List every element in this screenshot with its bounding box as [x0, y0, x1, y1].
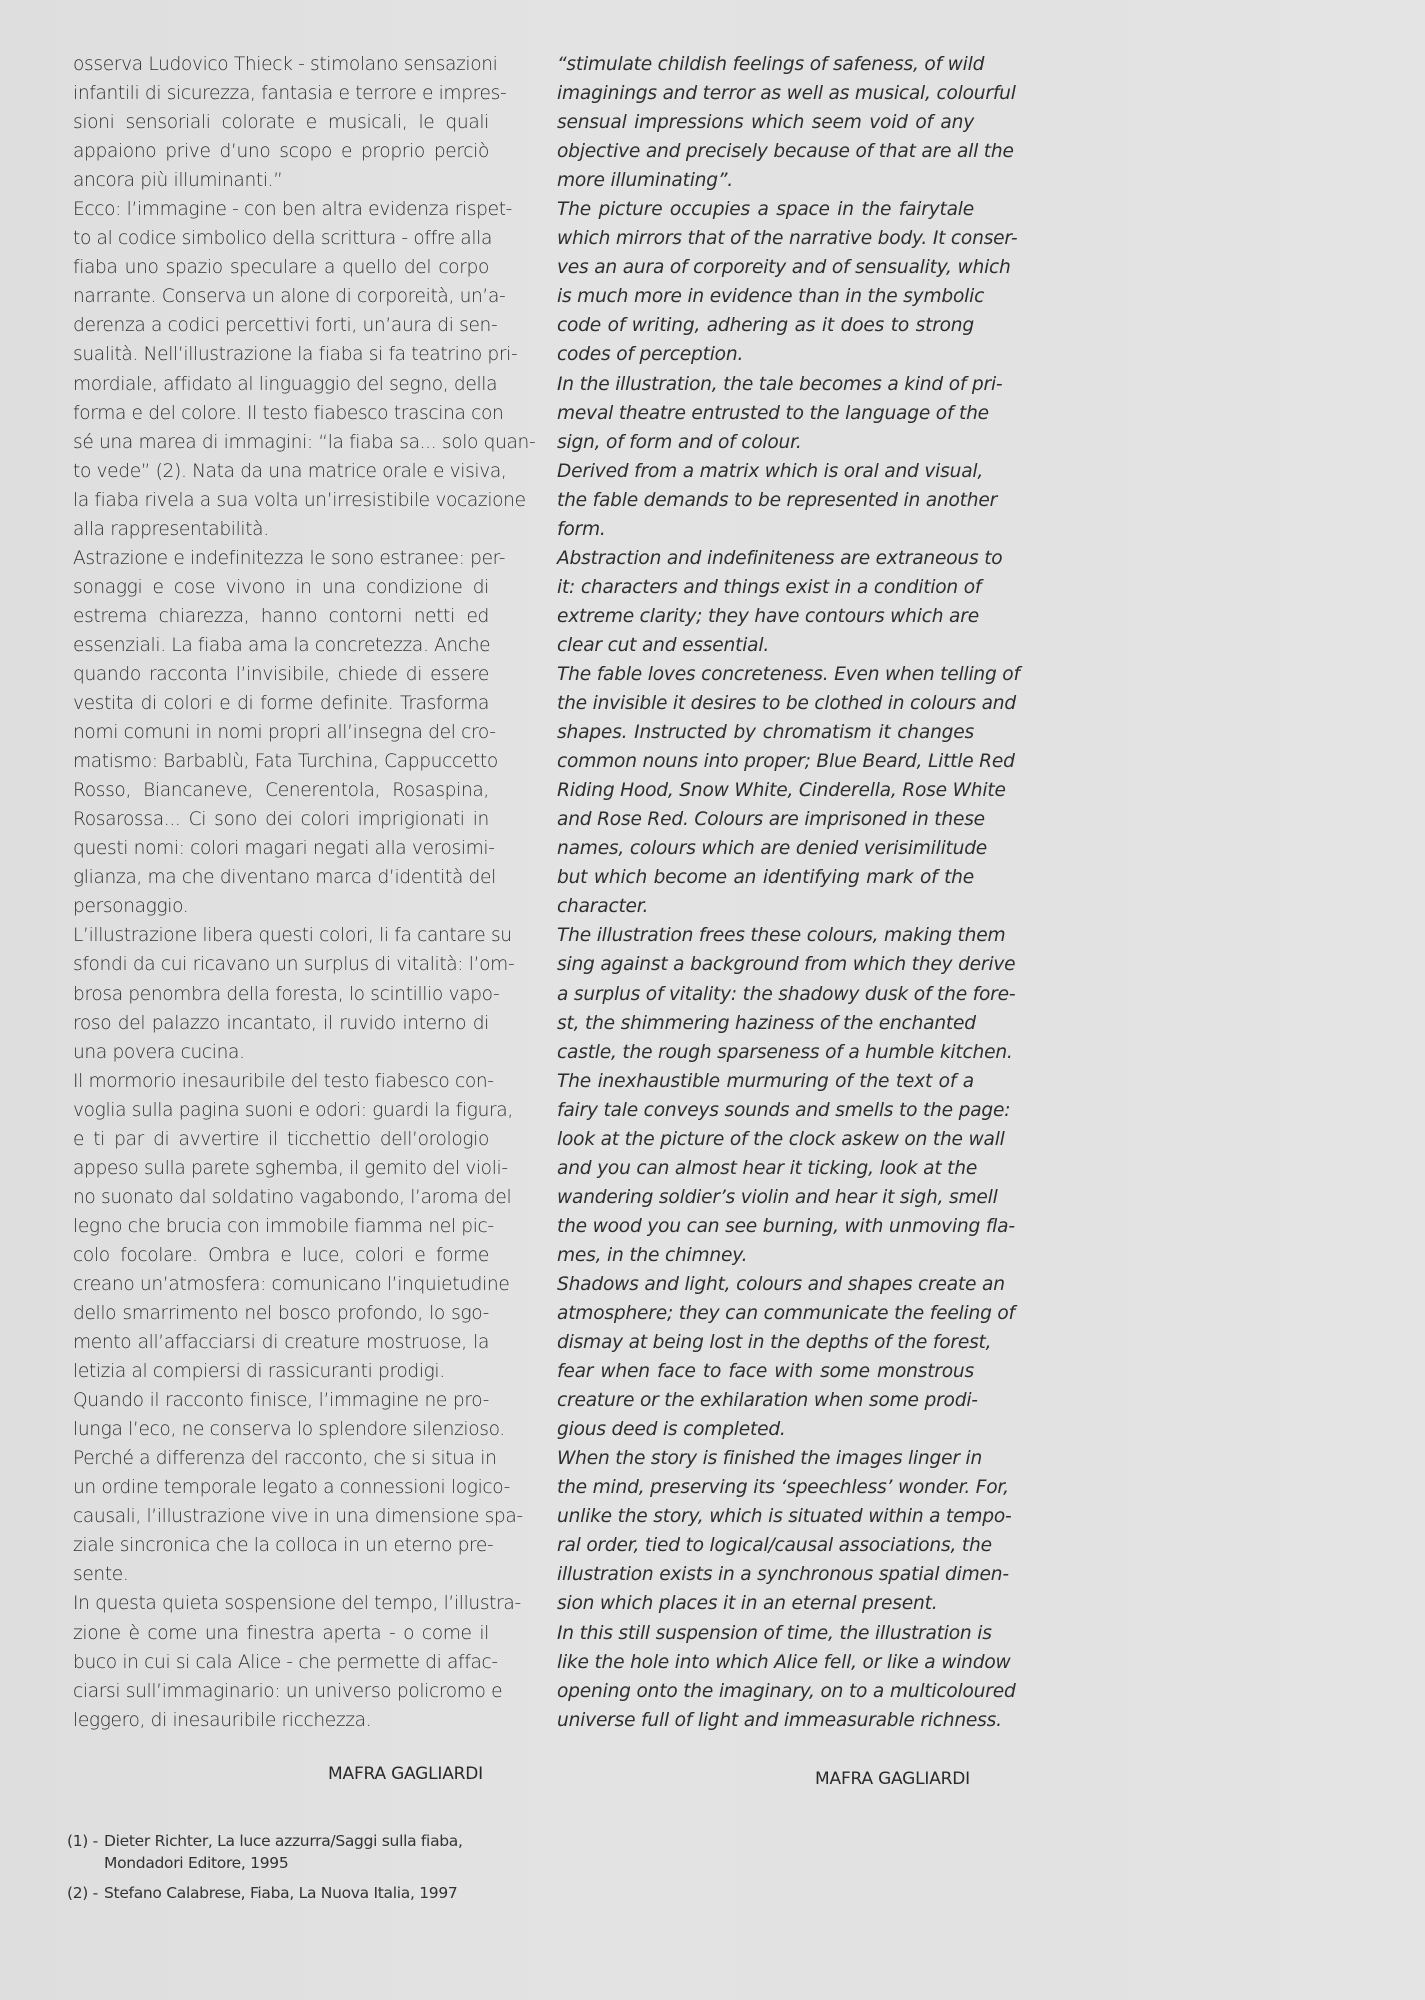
text-line: Quando il racconto finisce, l’immagine n… — [73, 1386, 489, 1415]
text-line: “stimulate childish feelings of safeness… — [557, 50, 974, 79]
text-line: the invisible it desires to be clothed i… — [557, 689, 974, 718]
text-line: The inexhaustible murmuring of the text … — [557, 1067, 974, 1096]
text-line: forma e del colore. Il testo fiabesco tr… — [73, 399, 489, 428]
text-line: fear when face to face with some monstro… — [557, 1357, 974, 1386]
text-line: mes, in the chimney. — [557, 1241, 974, 1270]
text-line: like the hole into which Alice fell, or … — [557, 1648, 974, 1677]
text-line: sualità. Nell’illustrazione la fiaba si … — [73, 340, 489, 369]
text-line: causali, l’illustrazione vive in una dim… — [73, 1502, 489, 1531]
text-line: Ecco: l’immagine - con ben altra evidenz… — [73, 195, 489, 224]
text-line: lunga l’eco, ne conserva lo splendore si… — [73, 1415, 489, 1444]
text-line: which mirrors that of the narrative body… — [557, 224, 974, 253]
text-line: st, the shimmering haziness of the encha… — [557, 1009, 974, 1038]
text-line: atmosphere; they can communicate the fee… — [557, 1299, 974, 1328]
author-signature-english: MAFRA GAGLIARDI — [790, 1769, 970, 1789]
text-line: Shadows and light, colours and shapes cr… — [557, 1270, 974, 1299]
text-line: a surplus of vitality: the shadowy dusk … — [557, 980, 974, 1009]
text-line: L’illustrazione libera questi colori, li… — [73, 921, 489, 950]
text-line: Rosso, Biancaneve, Cenerentola, Rosaspin… — [73, 776, 489, 805]
text-line: appeso sulla parete sghemba, il gemito d… — [73, 1154, 489, 1183]
text-line: una povera cucina. — [73, 1038, 489, 1067]
text-line: is much more in evidence than in the sym… — [557, 282, 974, 311]
text-line: letizia al compiersi di rassicuranti pro… — [73, 1357, 489, 1386]
text-line: the wood you can see burning, with unmov… — [557, 1212, 974, 1241]
text-line: extreme clarity; they have contours whic… — [557, 602, 974, 631]
text-line: personaggio. — [73, 892, 489, 921]
text-line: The fable loves concreteness. Even when … — [557, 660, 974, 689]
text-line: castle, the rough sparseness of a humble… — [557, 1038, 974, 1067]
text-line: objective and precisely because of that … — [557, 137, 974, 166]
text-line: infantili di sicurezza, fantasia e terro… — [73, 79, 489, 108]
text-line: ziale sincronica che la colloca in un et… — [73, 1531, 489, 1560]
text-line: clear cut and essential. — [557, 631, 974, 660]
text-line: In the illustration, the tale becomes a … — [557, 370, 974, 399]
text-line: legno che brucia con immobile fiamma nel… — [73, 1212, 489, 1241]
text-line: it: characters and things exist in a con… — [557, 573, 974, 602]
text-line: Perché a differenza del racconto, che si… — [73, 1444, 489, 1473]
text-line: dismay at being lost in the depths of th… — [557, 1328, 974, 1357]
text-line: roso del palazzo incantato, il ruvido in… — [73, 1009, 489, 1038]
text-line: Derived from a matrix which is oral and … — [557, 457, 974, 486]
english-text-column: “stimulate childish feelings of safeness… — [557, 50, 974, 1735]
text-line: sion which places it in an eternal prese… — [557, 1589, 974, 1618]
text-line: derenza a codici percettivi forti, un’au… — [73, 311, 489, 340]
text-line: In this still suspension of time, the il… — [557, 1619, 974, 1648]
text-line: appaiono prive d’uno scopo e proprio per… — [73, 137, 489, 166]
footnote-number: (1) - — [67, 1830, 98, 1852]
text-line: opening onto the imaginary, on to a mult… — [557, 1677, 974, 1706]
text-line: gious deed is completed. — [557, 1415, 974, 1444]
text-line: more illuminating”. — [557, 166, 974, 195]
footnote-number: (2) - — [67, 1882, 98, 1904]
text-line: leggero, di inesauribile ricchezza. — [73, 1706, 489, 1735]
text-line: and you can almost hear it ticking, look… — [557, 1154, 974, 1183]
text-line: mento all’affacciarsi di creature mostru… — [73, 1328, 489, 1357]
text-line: Rosarossa... Ci sono dei colori imprigio… — [73, 805, 489, 834]
text-line: brosa penombra della foresta, lo scintil… — [73, 980, 489, 1009]
italian-text-column: osserva Ludovico Thieck - stimolano sens… — [73, 50, 489, 1735]
text-line: Il mormorio inesauribile del testo fiabe… — [73, 1067, 489, 1096]
text-line: to vede” (2). Nata da una matrice orale … — [73, 457, 489, 486]
text-line: ves an aura of corporeity and of sensual… — [557, 253, 974, 282]
text-line: fiaba uno spazio speculare a quello del … — [73, 253, 489, 282]
text-line: glianza, ma che diventano marca d’identi… — [73, 863, 489, 892]
text-line: sonaggi e cose vivono in una condizione … — [73, 573, 489, 602]
text-line: universe full of light and immeasurable … — [557, 1706, 974, 1735]
text-line: sfondi da cui ricavano un surplus di vit… — [73, 950, 489, 979]
text-line: and Rose Red. Colours are imprisoned in … — [557, 805, 974, 834]
text-line: sign, of form and of colour. — [557, 428, 974, 457]
text-line: zione è come una finestra aperta - o com… — [73, 1619, 489, 1648]
text-line: In questa quieta sospensione del tempo, … — [73, 1589, 489, 1618]
text-line: osserva Ludovico Thieck - stimolano sens… — [73, 50, 489, 79]
text-line: the mind, preserving its ‘speechless’ wo… — [557, 1473, 974, 1502]
text-line: sioni sensoriali colorate e musicali, le… — [73, 108, 489, 137]
text-line: narrante. Conserva un alone di corporeit… — [73, 282, 489, 311]
footnote-text: Dieter Richter, La luce azzurra/Saggi su… — [104, 1830, 463, 1852]
text-line: The picture occupies a space in the fair… — [557, 195, 974, 224]
text-line: to al codice simbolico della scrittura -… — [73, 224, 489, 253]
text-line: sente. — [73, 1560, 489, 1589]
text-line: creano un’atmosfera: comunicano l’inquie… — [73, 1270, 489, 1299]
text-line: quando racconta l’invisibile, chiede di … — [73, 660, 489, 689]
text-line: shapes. Instructed by chromatism it chan… — [557, 718, 974, 747]
text-line: alla rappresentabilità. — [73, 515, 489, 544]
text-line: unlike the story, which is situated with… — [557, 1502, 974, 1531]
text-line: common nouns into proper; Blue Beard, Li… — [557, 747, 974, 776]
text-line: ral order, tied to logical/causal associ… — [557, 1531, 974, 1560]
footnote: (1) -Dieter Richter, La luce azzurra/Sag… — [67, 1830, 463, 1874]
text-line: but which become an identifying mark of … — [557, 863, 974, 892]
text-line: When the story is finished the images li… — [557, 1444, 974, 1473]
text-line: illustration exists in a synchronous spa… — [557, 1560, 974, 1589]
author-signature-italian: MAFRA GAGLIARDI — [293, 1764, 483, 1784]
text-line: ancora più illuminanti.” — [73, 166, 489, 195]
text-line: wandering soldier’s violin and hear it s… — [557, 1183, 974, 1212]
text-line: sing against a background from which the… — [557, 950, 974, 979]
text-line: look at the picture of the clock askew o… — [557, 1125, 974, 1154]
text-line: essenziali. La fiaba ama la concretezza.… — [73, 631, 489, 660]
text-line: sé una marea di immagini: “la fiaba sa..… — [73, 428, 489, 457]
text-line: matismo: Barbablù, Fata Turchina, Cappuc… — [73, 747, 489, 776]
text-line: sensual impressions which seem void of a… — [557, 108, 974, 137]
text-line: character. — [557, 892, 974, 921]
text-line: The illustration frees these colours, ma… — [557, 921, 974, 950]
text-line: no suonato dal soldatino vagabondo, l’ar… — [73, 1183, 489, 1212]
footnote: (2) -Stefano Calabrese, Fiaba, La Nuova … — [67, 1882, 463, 1904]
text-line: codes of perception. — [557, 340, 974, 369]
text-line: nomi comuni in nomi propri all’insegna d… — [73, 718, 489, 747]
text-line: buco in cui si cala Alice - che permette… — [73, 1648, 489, 1677]
text-line: form. — [557, 515, 974, 544]
text-line: meval theatre entrusted to the language … — [557, 399, 974, 428]
footnote-text: Stefano Calabrese, Fiaba, La Nuova Itali… — [104, 1882, 463, 1904]
text-line: fairy tale conveys sounds and smells to … — [557, 1096, 974, 1125]
text-line: creature or the exhilaration when some p… — [557, 1386, 974, 1415]
text-line: la fiaba rivela a sua volta un’irresisti… — [73, 486, 489, 515]
text-line: the fable demands to be represented in a… — [557, 486, 974, 515]
text-line: un ordine temporale legato a connessioni… — [73, 1473, 489, 1502]
text-line: e ti par di avvertire il ticchettio dell… — [73, 1125, 489, 1154]
text-line: vestita di colori e di forme definite. T… — [73, 689, 489, 718]
text-line: Riding Hood, Snow White, Cinderella, Ros… — [557, 776, 974, 805]
footnote-text: Mondadori Editore, 1995 — [104, 1852, 463, 1874]
text-line: voglia sulla pagina suoni e odori: guard… — [73, 1096, 489, 1125]
text-line: ciarsi sull’immaginario: un universo pol… — [73, 1677, 489, 1706]
text-line: questi nomi: colori magari negati alla v… — [73, 834, 489, 863]
text-line: Astrazione e indefinitezza le sono estra… — [73, 544, 489, 573]
text-line: colo focolare. Ombra e luce, colori e fo… — [73, 1241, 489, 1270]
text-line: Abstraction and indefiniteness are extra… — [557, 544, 974, 573]
text-line: dello smarrimento nel bosco profondo, lo… — [73, 1299, 489, 1328]
text-line: names, colours which are denied verisimi… — [557, 834, 974, 863]
footnotes: (1) -Dieter Richter, La luce azzurra/Sag… — [67, 1830, 463, 1912]
text-line: imaginings and terror as well as musical… — [557, 79, 974, 108]
text-line: mordiale, affidato al linguaggio del seg… — [73, 370, 489, 399]
text-line: estrema chiarezza, hanno contorni netti … — [73, 602, 489, 631]
text-line: code of writing, adhering as it does to … — [557, 311, 974, 340]
